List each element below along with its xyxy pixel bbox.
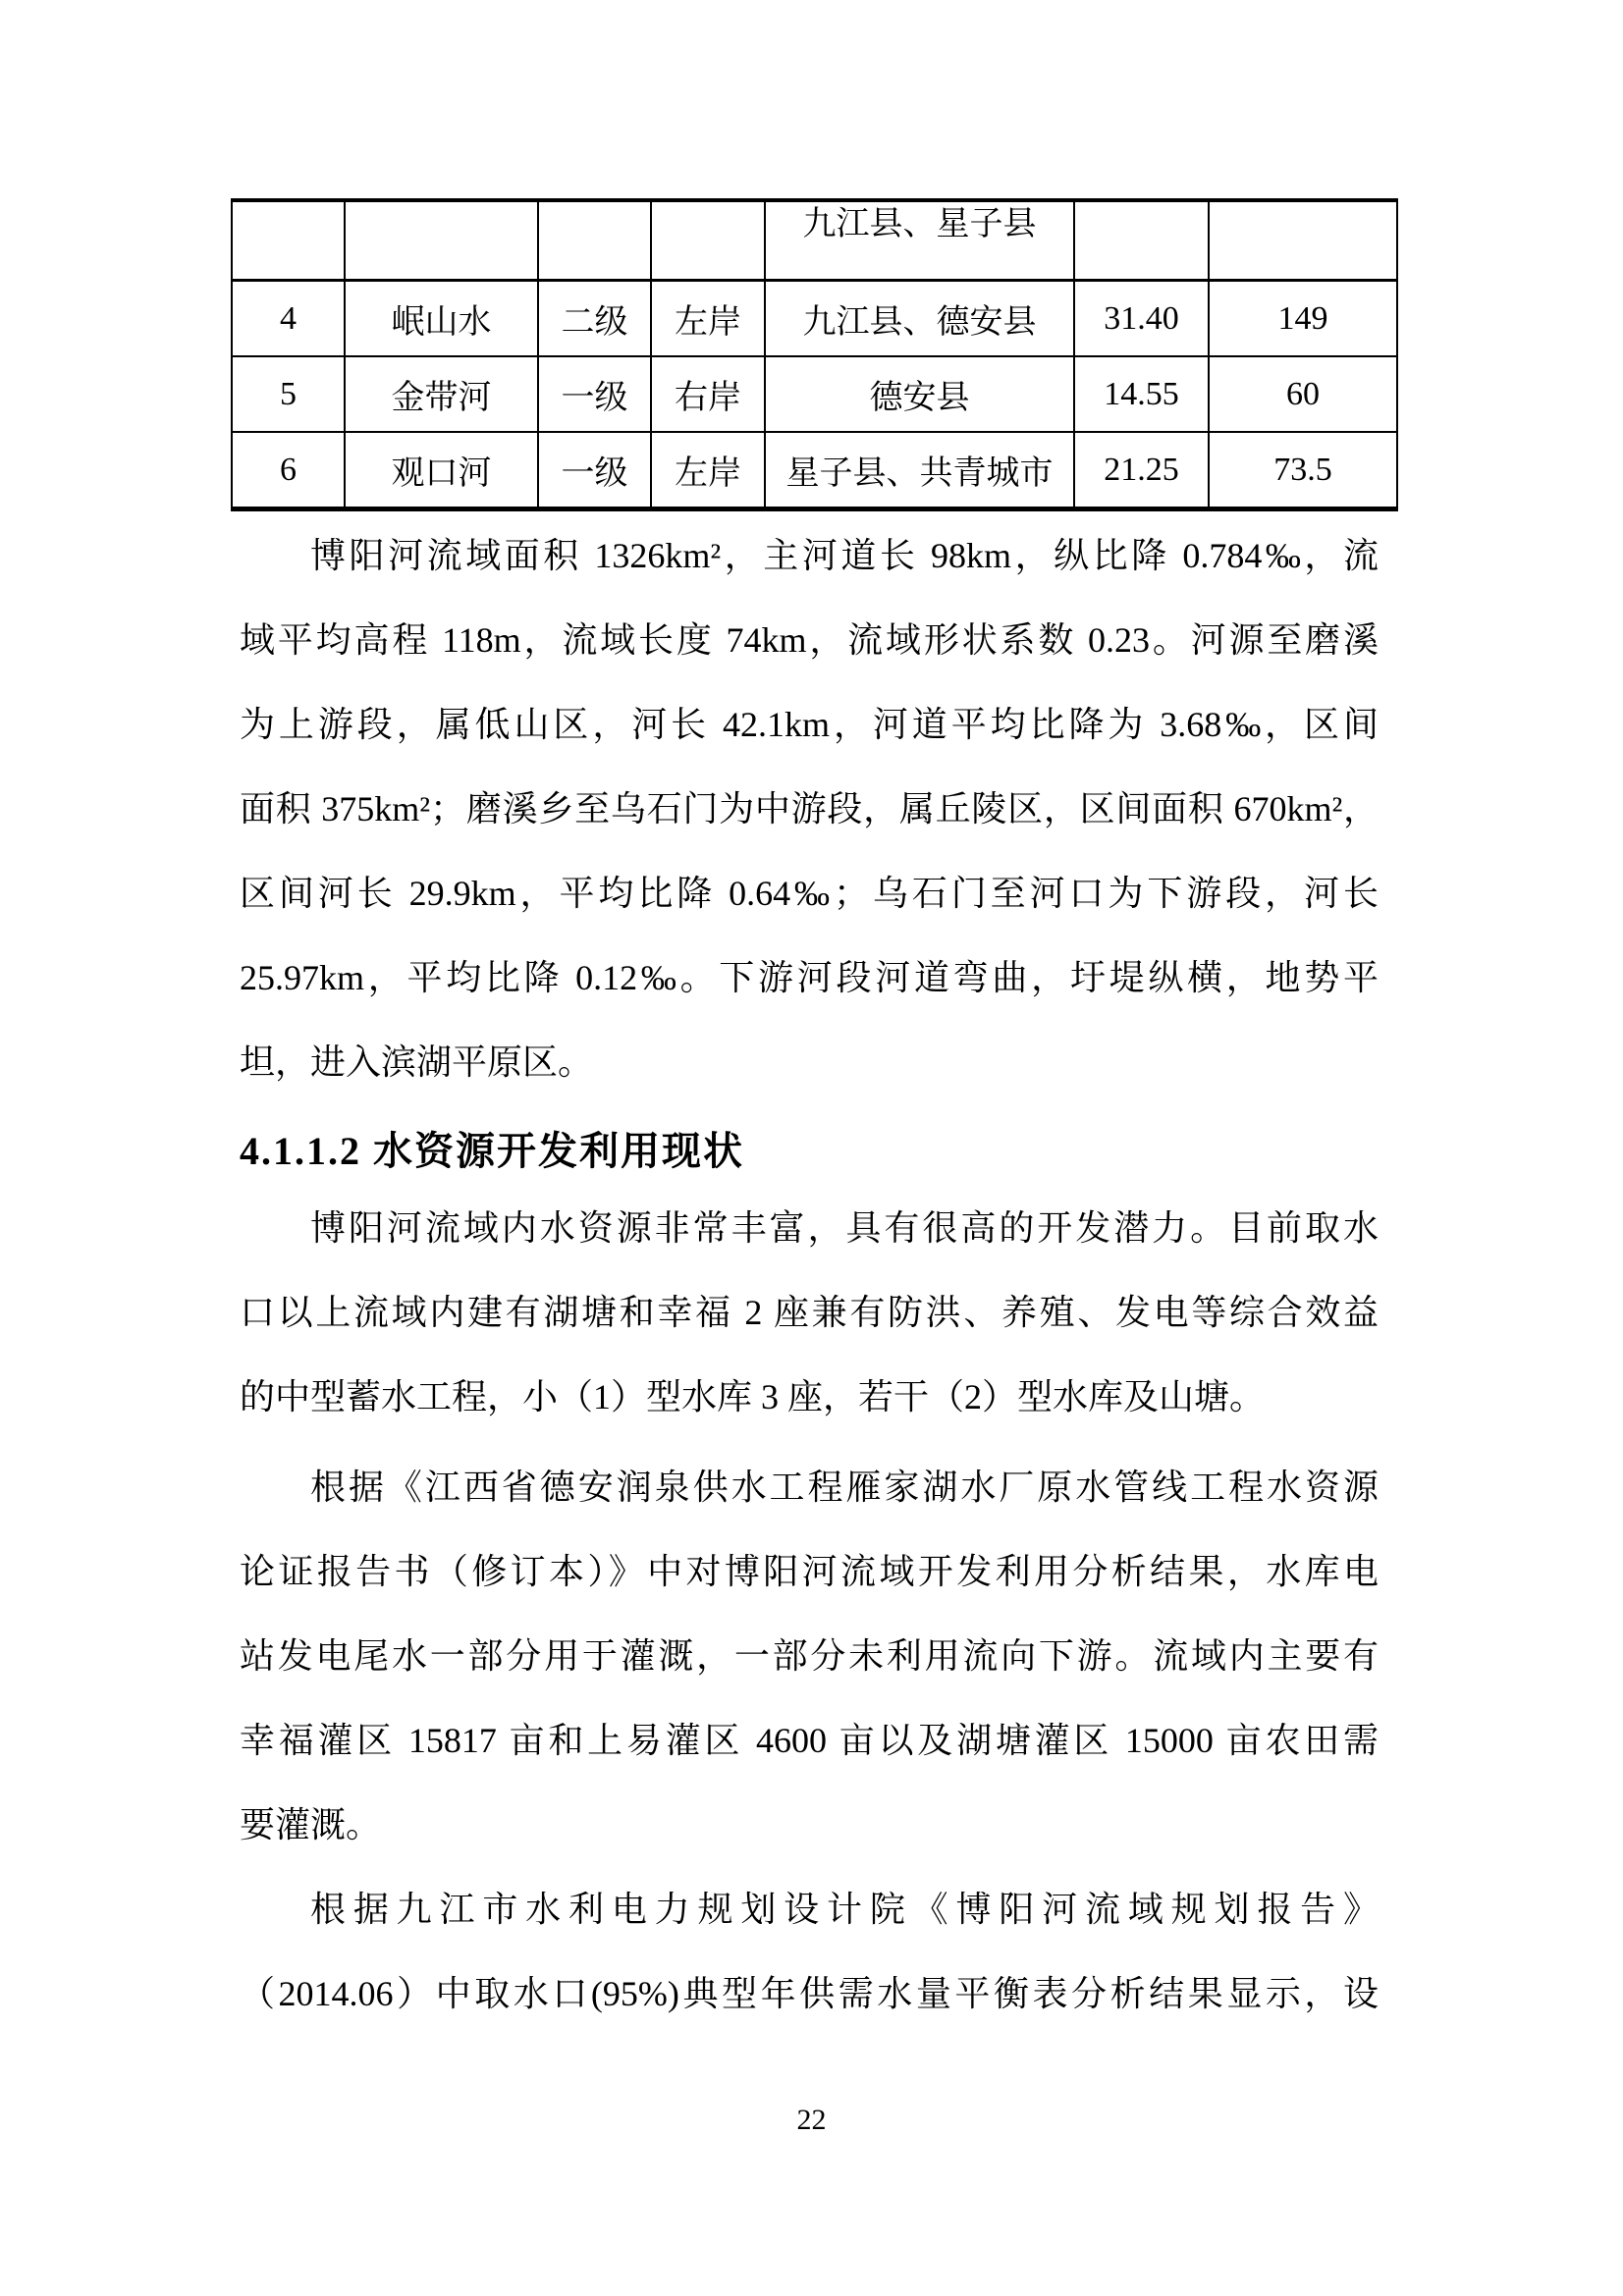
rivers-table: 九江县、星子县 4 岷山水 二级 左岸 九江县、德安县 31.40 149 5 … xyxy=(231,198,1398,511)
table-cell-name: 观口河 xyxy=(345,432,538,509)
paragraph-line: 要灌溉。 xyxy=(240,1783,1379,1867)
paragraph-line: 根据九江市水利电力规划设计院《博阳河流域规划报告》 xyxy=(240,1867,1379,1951)
paragraph-line: 博阳河流域内水资源非常丰富，具有很高的开发潜力。目前取水 xyxy=(240,1186,1379,1270)
table-cell-no: 5 xyxy=(232,356,345,432)
table-cell-length xyxy=(1074,200,1209,281)
paragraph-utilization-analysis: 根据《江西省德安润泉供水工程雁家湖水厂原水管线工程水资源 论证报告书（修订本）》… xyxy=(240,1445,1379,1867)
table-cell-no xyxy=(232,200,345,281)
table-cell-length: 31.40 xyxy=(1074,281,1209,357)
table-row-continuation: 九江县、星子县 xyxy=(232,200,1397,281)
paragraph-line: 为上游段，属低山区，河长 42.1km，河道平均比降为 3.68‰，区间 xyxy=(240,682,1379,767)
document-page: 九江县、星子县 4 岷山水 二级 左岸 九江县、德安县 31.40 149 5 … xyxy=(0,0,1623,2296)
paragraph-line: 博阳河流域面积 1326km²，主河道长 98km，纵比降 0.784‰，流 xyxy=(240,513,1379,598)
table-row: 4 岷山水 二级 左岸 九江县、德安县 31.40 149 xyxy=(232,281,1397,357)
paragraph-line: 25.97km，平均比降 0.12‰。下游河段河道弯曲，圩堤纵横，地势平 xyxy=(240,935,1379,1020)
paragraph-line: （2014.06）中取水口(95%)典型年供需水量平衡表分析结果显示，设 xyxy=(240,1951,1379,2036)
paragraph-line: 的中型蓄水工程，小（1）型水库 3 座，若干（2）型水库及山塘。 xyxy=(240,1355,1379,1439)
table-cell-level: 二级 xyxy=(538,281,651,357)
table-cell-area xyxy=(1209,200,1397,281)
paragraph-line: 区间河长 29.9km，平均比降 0.64‰；乌石门至河口为下游段，河长 xyxy=(240,851,1379,935)
paragraph-line: 站发电尾水一部分用于灌溉，一部分未利用流向下游。流域内主要有 xyxy=(240,1614,1379,1698)
table-cell-level: 一级 xyxy=(538,432,651,509)
table-cell-level xyxy=(538,200,651,281)
paragraph-line: 面积 375km²；磨溪乡至乌石门为中游段，属丘陵区，区间面积 670km²， xyxy=(240,767,1379,851)
table-row: 5 金带河 一级 右岸 德安县 14.55 60 xyxy=(232,356,1397,432)
table-cell-bank: 左岸 xyxy=(651,432,765,509)
paragraph-line: 论证报告书（修订本）》中对博阳河流域开发利用分析结果，水库电 xyxy=(240,1529,1379,1614)
table-row: 6 观口河 一级 左岸 星子县、共青城市 21.25 73.5 xyxy=(232,432,1397,509)
paragraph-line: 根据《江西省德安润泉供水工程雁家湖水厂原水管线工程水资源 xyxy=(240,1445,1379,1529)
table-cell-region: 九江县、星子县 xyxy=(765,200,1074,281)
table-cell-region: 德安县 xyxy=(765,356,1074,432)
paragraph-planning-report: 根据九江市水利电力规划设计院《博阳河流域规划报告》 （2014.06）中取水口(… xyxy=(240,1867,1379,2036)
paragraph-line: 坦，进入滨湖平原区。 xyxy=(240,1020,1379,1104)
table-cell-area: 149 xyxy=(1209,281,1397,357)
table-cell-name xyxy=(345,200,538,281)
paragraph-line: 幸福灌区 15817 亩和上易灌区 4600 亩以及湖塘灌区 15000 亩农田… xyxy=(240,1698,1379,1783)
section-heading: 4.1.1.2 水资源开发利用现状 xyxy=(240,1120,1516,1183)
table-cell-no: 4 xyxy=(232,281,345,357)
paragraph-basin-description: 博阳河流域面积 1326km²，主河道长 98km，纵比降 0.784‰，流 域… xyxy=(240,513,1379,1104)
table-cell-name: 岷山水 xyxy=(345,281,538,357)
table-cell-bank xyxy=(651,200,765,281)
table-cell-bank: 右岸 xyxy=(651,356,765,432)
table-cell-name: 金带河 xyxy=(345,356,538,432)
table-cell-no: 6 xyxy=(232,432,345,509)
paragraph-water-resources: 博阳河流域内水资源非常丰富，具有很高的开发潜力。目前取水 口以上流域内建有湖塘和… xyxy=(240,1186,1379,1439)
page-number: 22 xyxy=(0,2101,1623,2140)
rivers-table-wrap: 九江县、星子县 4 岷山水 二级 左岸 九江县、德安县 31.40 149 5 … xyxy=(231,198,1398,511)
paragraph-line: 口以上流域内建有湖塘和幸福 2 座兼有防洪、养殖、发电等综合效益 xyxy=(240,1270,1379,1355)
paragraph-line: 域平均高程 118m，流域长度 74km，流域形状系数 0.23。河源至磨溪 xyxy=(240,598,1379,682)
table-cell-length: 21.25 xyxy=(1074,432,1209,509)
table-cell-area: 60 xyxy=(1209,356,1397,432)
table-cell-region: 九江县、德安县 xyxy=(765,281,1074,357)
table-cell-region: 星子县、共青城市 xyxy=(765,432,1074,509)
table-cell-area: 73.5 xyxy=(1209,432,1397,509)
table-cell-level: 一级 xyxy=(538,356,651,432)
table-cell-bank: 左岸 xyxy=(651,281,765,357)
table-cell-length: 14.55 xyxy=(1074,356,1209,432)
